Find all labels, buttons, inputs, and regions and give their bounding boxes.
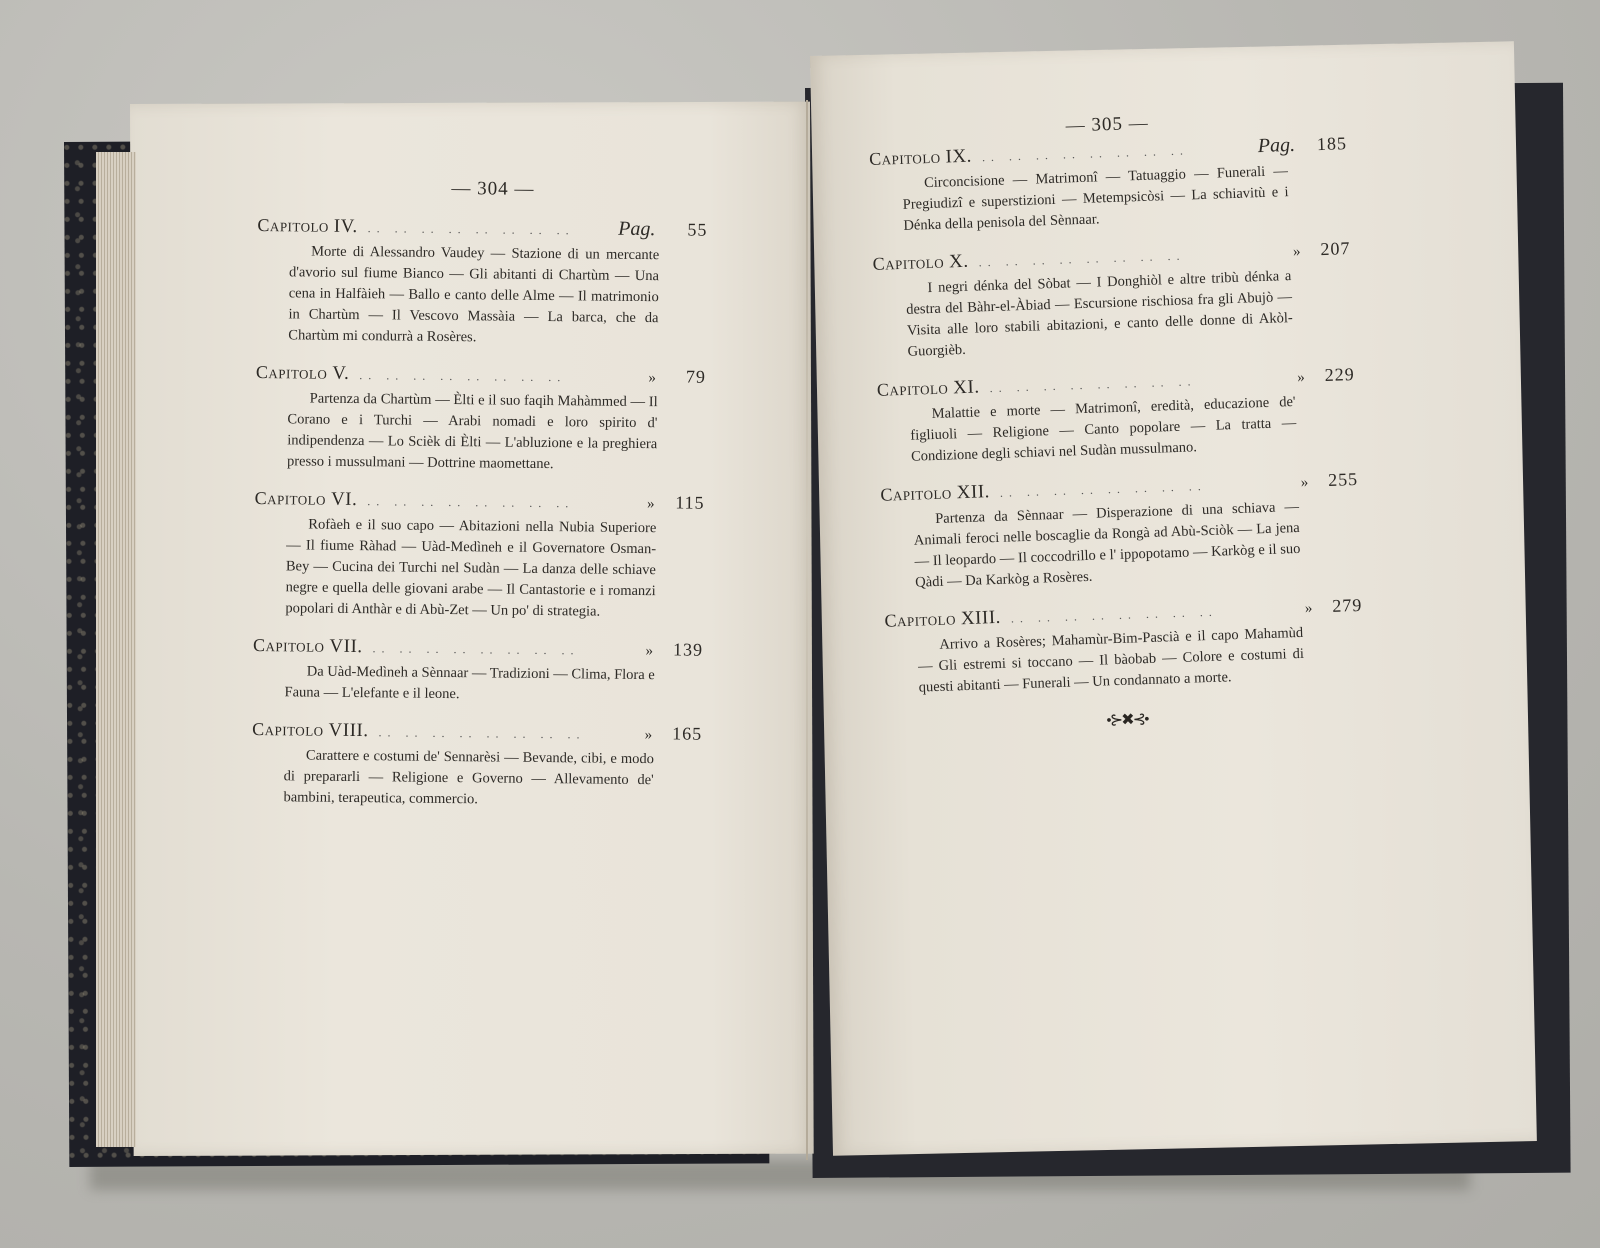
toc-entry: Capitolo IX. .. .. .. .. .. .. .. .. Pag… <box>869 132 1350 238</box>
toc-entry-heading: Capitolo VI. .. .. .. .. .. .. .. .. » 1… <box>255 488 705 515</box>
page-reference: 79 <box>668 366 706 387</box>
toc-entry: Capitolo XI. .. .. .. .. .. .. .. .. » 2… <box>877 364 1358 469</box>
page-reference: 229 <box>1316 364 1355 386</box>
chapter-label: Capitolo <box>257 215 329 236</box>
page-reference: 255 <box>1320 469 1359 491</box>
chapter-title: Capitolo VII. <box>253 635 363 658</box>
page-marker: » <box>645 727 653 744</box>
dot-leader: .. .. .. .. .. .. .. .. <box>1000 476 1291 501</box>
chapter-label: Capitolo <box>252 719 324 740</box>
dot-leader: .. .. .. .. .. .. .. .. <box>373 641 636 659</box>
chapter-title: Capitolo X. <box>872 251 969 276</box>
chapter-summary: I negri dénka del Sòbat — I Donghiòl e a… <box>905 266 1294 363</box>
chapter-summary: Da Uàd-Medìneh a Sènnaar — Tradizioni — … <box>284 661 654 707</box>
page-reference: 139 <box>665 639 703 660</box>
right-page-content: — 305 — Capitolo IX. .. .. .. .. .. .. .… <box>868 106 1366 738</box>
chapter-title: Capitolo VI. <box>255 488 358 511</box>
chapter-title: Capitolo IX. <box>869 146 972 171</box>
book-gutter <box>806 100 808 1160</box>
chapter-numeral: X. <box>949 251 969 273</box>
page-marker: Pag. <box>618 218 655 241</box>
toc-entry: Capitolo V. .. .. .. .. .. .. .. .. » 79… <box>255 362 706 477</box>
chapter-summary: Circoncisione — Matrimonî — Tatuaggio — … <box>902 161 1290 237</box>
toc-entry-heading: Capitolo VIII. .. .. .. .. .. .. .. .. »… <box>252 719 702 746</box>
chapter-numeral: XII. <box>956 481 990 503</box>
chapter-title: Capitolo XII. <box>880 481 990 507</box>
chapter-label: Capitolo <box>872 252 944 274</box>
page-number-left: — 304 — <box>258 176 708 203</box>
chapter-summary: Rofàeh e il suo capo — Abitazioni nella … <box>285 514 656 623</box>
page-block-edges <box>96 152 136 1147</box>
toc-entry: Capitolo X. .. .. .. .. .. .. .. .. » 20… <box>872 238 1353 364</box>
chapter-numeral: XI. <box>953 376 980 398</box>
toc-entry-heading: Capitolo IV. .. .. .. .. .. .. .. .. Pag… <box>257 214 707 242</box>
chapter-numeral: VI. <box>331 489 358 510</box>
chapter-summary: Carattere e costumi de' Sennarèsi — Beva… <box>283 745 654 812</box>
page-reference: 185 <box>1309 133 1348 155</box>
chapter-summary: Arrivo a Rosères; Mahamùr-Bim-Pascià e i… <box>917 623 1305 699</box>
dot-leader: .. .. .. .. .. .. .. .. <box>989 371 1287 396</box>
dot-leader: .. .. .. .. .. .. .. .. <box>978 245 1283 270</box>
chapter-title: Capitolo VIII. <box>252 719 369 742</box>
chapter-numeral: V. <box>332 363 349 384</box>
page-marker: » <box>1293 244 1301 261</box>
chapter-summary: Partenza da Sènnaar — Disperazione di un… <box>913 497 1302 594</box>
chapter-title: Capitolo XIII. <box>884 607 1001 633</box>
page-marker: » <box>1305 601 1313 618</box>
chapter-label: Capitolo <box>877 377 949 399</box>
chapter-numeral: VII. <box>329 636 362 657</box>
chapter-label: Capitolo <box>869 147 941 169</box>
dot-leader: .. .. .. .. .. .. .. .. <box>1011 602 1295 626</box>
chapter-label: Capitolo <box>253 635 325 656</box>
chapter-title: Capitolo IV. <box>257 215 357 238</box>
chapter-title: Capitolo XI. <box>877 376 980 401</box>
toc-entry: Capitolo IV. .. .. .. .. .. .. .. .. Pag… <box>256 214 707 351</box>
chapter-numeral: IV. <box>334 216 358 237</box>
page-marker: » <box>647 496 655 513</box>
chapter-label: Capitolo <box>256 362 328 383</box>
dot-leader: .. .. .. .. .. .. .. .. <box>982 141 1248 165</box>
chapter-label: Capitolo <box>884 608 956 630</box>
chapter-summary: Partenza da Chartùm — Èlti e il suo faqi… <box>287 388 658 476</box>
chapter-summary: Malattie e morte — Matrimonî, eredità, e… <box>909 392 1297 468</box>
chapter-numeral: VIII. <box>328 720 368 741</box>
page-marker: » <box>1300 475 1308 492</box>
chapter-label: Capitolo <box>255 488 327 509</box>
page-reference: 279 <box>1324 595 1363 617</box>
page-reference: 115 <box>666 492 704 513</box>
dot-leader: .. .. .. .. .. .. .. .. <box>378 725 634 743</box>
chapter-summary: Morte di Alessandro Vaudey — Stazione di… <box>288 241 659 350</box>
page-reference: 165 <box>664 723 702 744</box>
toc-entry: Capitolo XIII. .. .. .. .. .. .. .. .. »… <box>884 595 1365 700</box>
chapter-numeral: XIII. <box>961 607 1002 629</box>
page-marker: » <box>1297 370 1305 387</box>
toc-entry: Capitolo XII. .. .. .. .. .. .. .. .. » … <box>880 469 1361 595</box>
dot-leader: .. .. .. .. .. .. .. .. <box>368 221 609 239</box>
toc-entry: Capitolo VI. .. .. .. .. .. .. .. .. » 1… <box>253 488 704 624</box>
toc-entry-heading: Capitolo VII. .. .. .. .. .. .. .. .. » … <box>253 635 703 662</box>
page-reference: 55 <box>669 219 707 240</box>
chapter-numeral: IX. <box>945 146 972 168</box>
page-marker: » <box>648 370 656 387</box>
chapter-label: Capitolo <box>880 482 952 504</box>
toc-entry: Capitolo VIII. .. .. .. .. .. .. .. .. »… <box>251 719 702 813</box>
chapter-title: Capitolo V. <box>256 362 350 385</box>
dot-leader: .. .. .. .. .. .. .. .. <box>367 494 637 512</box>
toc-entry: Capitolo VII. .. .. .. .. .. .. .. .. » … <box>252 635 703 708</box>
toc-entry-heading: Capitolo V. .. .. .. .. .. .. .. .. » 79 <box>256 362 706 389</box>
dot-leader: .. .. .. .. .. .. .. .. <box>359 368 638 386</box>
page-marker: Pag. <box>1257 134 1295 158</box>
left-page-content: — 304 — Capitolo IV. .. .. .. .. .. .. .… <box>251 176 708 829</box>
page-reference: 207 <box>1312 238 1351 260</box>
page-marker: » <box>645 643 653 660</box>
